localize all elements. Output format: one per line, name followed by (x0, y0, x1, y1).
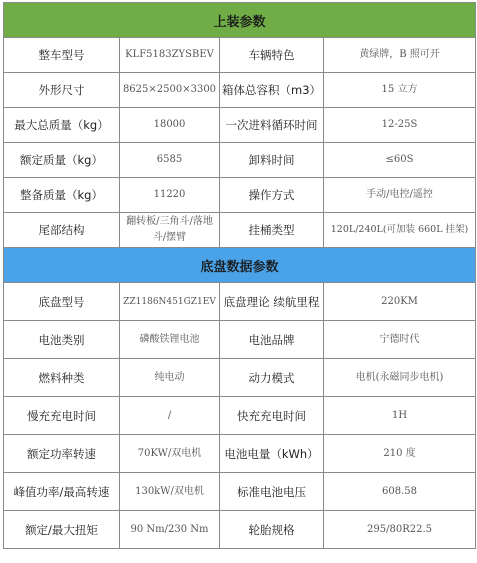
row-value: 电机(永磁同步电机) (324, 359, 476, 397)
row-value: 18000 (120, 108, 220, 143)
table-row: 最大总质量（kg） 18000 一次进料循环时间 12-25S (4, 108, 476, 143)
table-row: 额定功率转速 70KW/双电机 电池电量（kWh） 210 度 (4, 435, 476, 473)
row-value: 130kW/双电机 (120, 473, 220, 511)
row-value: 宁德时代 (324, 321, 476, 359)
section-title: 上装参数 (4, 3, 476, 38)
row-label: 底盘型号 (4, 283, 120, 321)
row-label: 轮胎规格 (220, 511, 324, 549)
table-row: 燃料种类 纯电动 动力模式 电机(永磁同步电机) (4, 359, 476, 397)
row-label: 额定质量（kg） (4, 143, 120, 178)
row-label: 燃料种类 (4, 359, 120, 397)
row-label: 尾部结构 (4, 213, 120, 248)
table-row: 外形尺寸 8625×2500×3300 箱体总容积（m3） 15 立方 (4, 73, 476, 108)
table-row: 额定/最大扭矩 90 Nm/230 Nm 轮胎规格 295/80R22.5 (4, 511, 476, 549)
spec-table: 上装参数 整车型号 KLF5183ZYSBEV 车辆特色 黄绿牌，B 照可开 外… (3, 2, 476, 549)
row-label: 最大总质量（kg） (4, 108, 120, 143)
row-value: 11220 (120, 178, 220, 213)
row-label: 外形尺寸 (4, 73, 120, 108)
row-value: 翻转板/三角斗/落地斗/摆臂 (120, 213, 220, 248)
row-label: 标准电池电压 (220, 473, 324, 511)
row-value: 磷酸铁锂电池 (120, 321, 220, 359)
row-label: 挂桶类型 (220, 213, 324, 248)
row-value: 295/80R22.5 (324, 511, 476, 549)
row-label: 电池类别 (4, 321, 120, 359)
table-row: 电池类别 磷酸铁锂电池 电池品牌 宁德时代 (4, 321, 476, 359)
row-value: 608.58 (324, 473, 476, 511)
section-title: 底盘数据参数 (4, 248, 476, 283)
row-label: 卸料时间 (220, 143, 324, 178)
row-label: 底盘理论 续航里程 (220, 283, 324, 321)
row-label: 额定/最大扭矩 (4, 511, 120, 549)
row-value: 6585 (120, 143, 220, 178)
row-value: 15 立方 (324, 73, 476, 108)
row-label: 快充充电时间 (220, 397, 324, 435)
table-row: 额定质量（kg） 6585 卸料时间 ≤60S (4, 143, 476, 178)
row-value: KLF5183ZYSBEV (120, 38, 220, 73)
row-label: 一次进料循环时间 (220, 108, 324, 143)
row-value: 手动/电控/遥控 (324, 178, 476, 213)
row-label: 慢充充电时间 (4, 397, 120, 435)
row-value: / (120, 397, 220, 435)
row-label: 电池品牌 (220, 321, 324, 359)
row-label: 动力模式 (220, 359, 324, 397)
row-label: 额定功率转速 (4, 435, 120, 473)
table-row: 整备质量（kg） 11220 操作方式 手动/电控/遥控 (4, 178, 476, 213)
row-label: 整备质量（kg） (4, 178, 120, 213)
row-value: 8625×2500×3300 (120, 73, 220, 108)
row-value: ZZ1186N451GZ1EV (120, 283, 220, 321)
row-label: 车辆特色 (220, 38, 324, 73)
table-row: 慢充充电时间 / 快充充电时间 1H (4, 397, 476, 435)
table-row: 底盘型号 ZZ1186N451GZ1EV 底盘理论 续航里程 220KM (4, 283, 476, 321)
row-value: 120L/240L(可加装 660L 挂架) (324, 213, 476, 248)
row-label: 箱体总容积（m3） (220, 73, 324, 108)
row-label: 峰值功率/最高转速 (4, 473, 120, 511)
row-value: 黄绿牌，B 照可开 (324, 38, 476, 73)
table-row: 峰值功率/最高转速 130kW/双电机 标准电池电压 608.58 (4, 473, 476, 511)
row-value: 220KM (324, 283, 476, 321)
row-value: ≤60S (324, 143, 476, 178)
row-label: 电池电量（kWh） (220, 435, 324, 473)
row-value: 210 度 (324, 435, 476, 473)
row-value: 12-25S (324, 108, 476, 143)
row-value: 70KW/双电机 (120, 435, 220, 473)
row-label: 操作方式 (220, 178, 324, 213)
section-header-chassis: 底盘数据参数 (4, 248, 476, 283)
row-label: 整车型号 (4, 38, 120, 73)
table-row: 尾部结构 翻转板/三角斗/落地斗/摆臂 挂桶类型 120L/240L(可加装 6… (4, 213, 476, 248)
row-value: 纯电动 (120, 359, 220, 397)
section-header-body: 上装参数 (4, 3, 476, 38)
row-value: 90 Nm/230 Nm (120, 511, 220, 549)
table-row: 整车型号 KLF5183ZYSBEV 车辆特色 黄绿牌，B 照可开 (4, 38, 476, 73)
row-value: 1H (324, 397, 476, 435)
